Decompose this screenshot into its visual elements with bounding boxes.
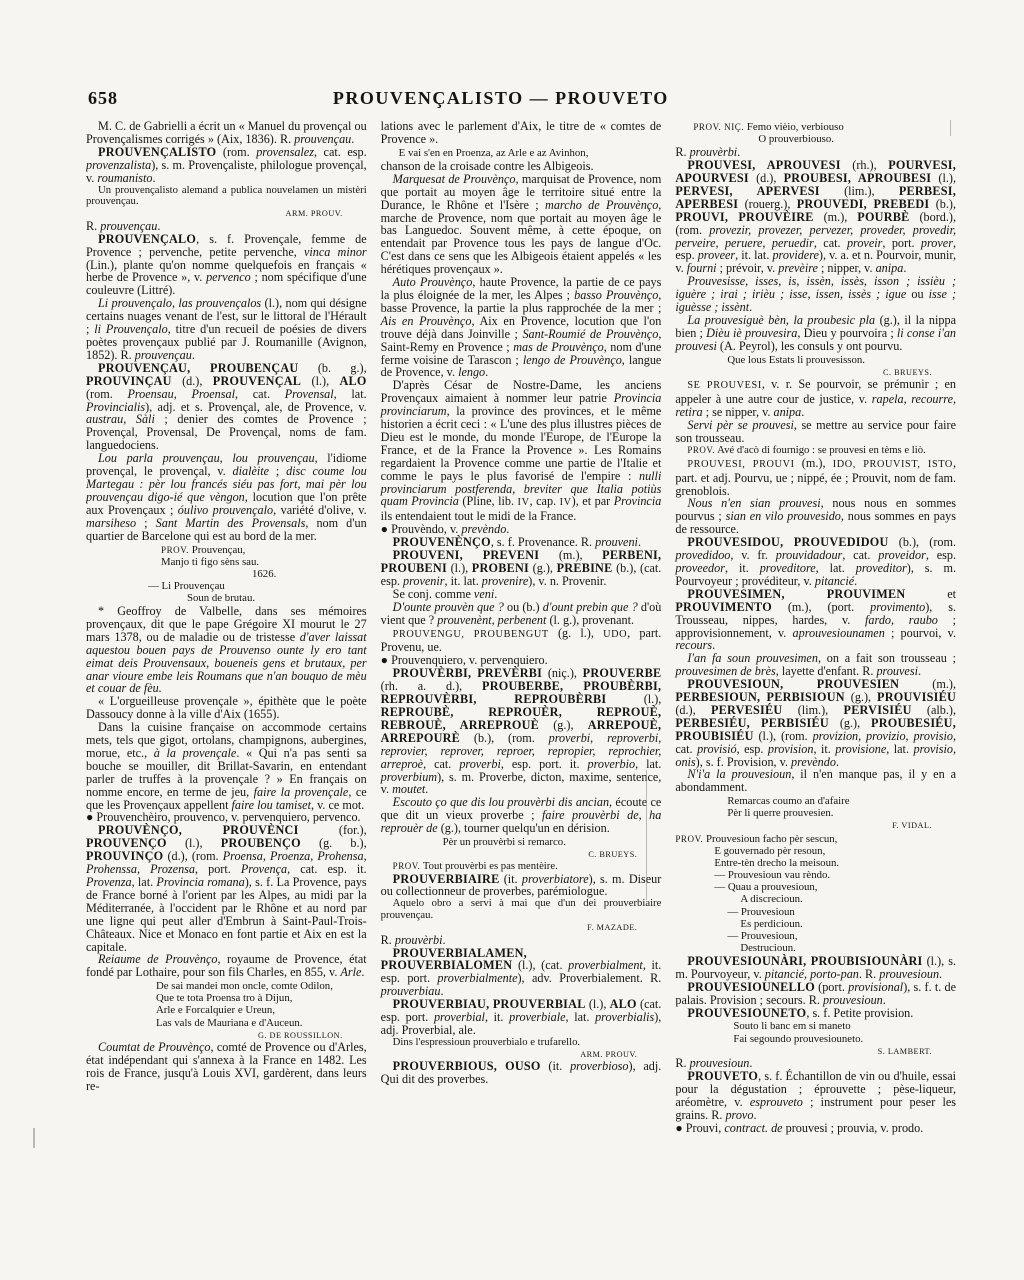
headword: PROUVENÇAL xyxy=(213,374,301,388)
text-run: ), adj. et s. Provençal, ale, de Provenc… xyxy=(145,400,367,414)
text-run: Ais en Prouvènço xyxy=(381,314,472,328)
text-run: anipa xyxy=(773,405,801,419)
verse-line: Las vals de Mauriana e d'Auceun. xyxy=(156,1017,367,1029)
text-run: (l. g.), provenant. xyxy=(546,613,634,627)
text-run: (Pline, lib. xyxy=(459,494,518,508)
text-run: , it. xyxy=(485,1010,509,1024)
text-run: De sai mandei mon oncle, comte Odilon, xyxy=(156,980,333,992)
text-run: F. VIDAL. xyxy=(892,821,932,830)
text-run: fardo, raubo xyxy=(865,613,938,627)
text-run: , cap. xyxy=(530,494,560,508)
text-run: proverbi xyxy=(459,757,501,771)
text-run: ARM. PROUV. xyxy=(286,209,343,218)
text-run: I'an fa soun prouvesimen xyxy=(687,651,818,665)
text-run: ; xyxy=(269,464,286,478)
text-run: d'ount prebin que ? xyxy=(543,600,638,614)
text-run: chanson de la croisade contre les Albige… xyxy=(381,159,594,173)
text-run: roumanisto xyxy=(97,171,152,185)
paragraph: Escouto ço que dis lou prouvèrbi dis anc… xyxy=(381,796,662,835)
text-run: (b.), (rom. xyxy=(889,535,956,549)
text-run: A discrecioun. xyxy=(740,893,802,905)
text-run: — Prouvesioun vau rèndo. xyxy=(714,869,830,881)
headword: PERVESI, APERVESI xyxy=(675,184,819,198)
text-run: prover xyxy=(921,236,953,250)
paragraph: PROUVÈRBI, PREVÈRBI (niç.), PROUVERBE (r… xyxy=(381,667,662,796)
headword: PROUVERBIALAMEN, PROUVERBIALOMEN xyxy=(381,946,527,973)
text-run: , lat. xyxy=(132,875,157,889)
text-run: (g.), xyxy=(829,716,871,730)
text-run: ), v. n. Provenir. xyxy=(528,574,606,588)
text-run: , it. xyxy=(725,561,760,575)
text-run: (b.), xyxy=(929,197,956,211)
text-run: ), s. f. Provision, v. xyxy=(696,755,791,769)
text-run: . xyxy=(939,967,942,981)
verse-line: — Li Prouvençau xyxy=(148,580,367,592)
verse-line: — Quau a prouvesioun, xyxy=(675,881,956,893)
headword: PROUVESIMEN, PROUVIMEN xyxy=(687,587,905,601)
verse-line: O prouverbiouso. xyxy=(693,133,956,145)
text-run: R. xyxy=(675,1056,689,1070)
text-run: (it. xyxy=(499,872,521,886)
text-run: prouvidadour xyxy=(776,548,843,562)
text-run: Prouvesioun facho pèr sescun, xyxy=(703,833,837,845)
text-run: S. LAMBERT. xyxy=(878,1047,932,1056)
paragraph: PROUVESIOUNELLO (port. provisional), s. … xyxy=(675,981,956,1007)
text-run: Li prouvençalo, las prouvençalos xyxy=(98,296,261,310)
paragraph: PROUVESIDOU, PROUVEDIDOU (b.), (rom. pro… xyxy=(675,536,956,588)
paragraph: Reiaume de Prouvènço, royaume de Provenc… xyxy=(86,953,367,979)
paragraph: « L'orgueilleuse provençale », épithète … xyxy=(86,695,367,721)
headword: PERBESIÉU, PERBISIÉU xyxy=(675,716,829,730)
text-run: Entre-tèn drecho la meisoun. xyxy=(714,857,839,869)
text-run: IV xyxy=(518,497,530,508)
text-columns: M. C. de Gabrielli a écrit un « Manuel d… xyxy=(86,120,956,1220)
text-run: fourni xyxy=(687,261,717,275)
text-run: . xyxy=(836,755,839,769)
text-run: (for.), xyxy=(299,823,367,837)
text-run: (l.), (cat. xyxy=(512,958,568,972)
text-run: R. xyxy=(86,219,100,233)
text-run: , v. fr. xyxy=(730,548,775,562)
text-run: austrau, Sàli xyxy=(86,412,155,426)
text-run: provo xyxy=(725,1108,753,1122)
text-run: mas de Prouvènço xyxy=(513,340,604,354)
paragraph: PROUVESIOUNÀRI, PROUBISIOUNÀRI (l.), s. … xyxy=(675,955,956,981)
text-run: faire lou tamiset xyxy=(232,798,311,812)
text-run: Coumtat de Prouvènço xyxy=(98,1040,210,1054)
text-run: (m.), (port. xyxy=(772,600,870,614)
verse-line: — Prouvesioun vau rèndo. xyxy=(675,869,956,881)
text-run: sian en vilo prouvesido xyxy=(726,509,841,523)
text-run: E vai s'en en Proenza, az Arle e az Avin… xyxy=(399,147,589,159)
text-run: prouvesioun xyxy=(879,967,939,981)
text-run: lengo de Prouvènço xyxy=(523,353,622,367)
headword: PROUVERBIAU, PROUVERBIAL xyxy=(393,997,586,1011)
text-run: Fai segoundo prouvesiouneto. xyxy=(733,1033,863,1045)
text-run: , variété d'olive, v. xyxy=(273,503,367,517)
text-run: Provença xyxy=(241,862,287,876)
headword: PROUVERBE xyxy=(583,666,662,680)
headword: PROUBENÇO xyxy=(221,836,301,850)
headword: PREBINE xyxy=(557,561,613,575)
text-run: D'ounte prouvèn que ? xyxy=(393,600,504,614)
text-run: E gouvernado pèr resoun, xyxy=(714,845,825,857)
text-run: provenzalista xyxy=(86,158,151,172)
text-run: . xyxy=(425,782,428,796)
paragraph: lations avec le parlement d'Aix, le titr… xyxy=(381,120,662,146)
paragraph: La prouvesiguè bèn, la proubesic pla (g.… xyxy=(675,314,956,353)
text-run: ), et par xyxy=(572,494,614,508)
paragraph: Coumtat de Prouvènço, comté de Provence … xyxy=(86,1041,367,1093)
text-run: proverbial xyxy=(434,1010,485,1024)
text-run: , port. xyxy=(882,236,921,250)
text-run: lengo xyxy=(458,365,485,379)
text-run: (lim.), xyxy=(782,703,843,717)
text-run: ou (b.) xyxy=(504,600,543,614)
text-run: ils entendaient tout le midi de la Franc… xyxy=(381,509,577,523)
text-run: Sant Martin des Provensals xyxy=(156,516,306,530)
text-run: , s. f. Petite provision. xyxy=(806,1006,913,1020)
headword: PROUVETO xyxy=(687,1069,758,1083)
text-run: La prouvesiguè bèn, la proubesic pla xyxy=(687,313,875,327)
verse-line: Soun de brutau. xyxy=(148,592,367,604)
text-run: (d.), xyxy=(675,703,711,717)
text-run: — Quau a prouvesioun, xyxy=(714,881,817,893)
paragraph: PROUVERBIALAMEN, PROUVERBIALOMEN (l.), (… xyxy=(381,947,662,999)
headword: PROUVESIOUN, PROUVESIEN xyxy=(687,677,899,691)
text-run: proverbiatore xyxy=(522,872,589,886)
text-run: (rom. xyxy=(216,145,256,159)
text-run: (l.), xyxy=(586,997,610,1011)
text-run: , esp. xyxy=(926,548,956,562)
text-run: proverbialmente xyxy=(437,971,517,985)
text-run: (l.), (rom. xyxy=(754,729,813,743)
text-run: prouveni xyxy=(595,535,638,549)
text-run: (lim.), xyxy=(820,184,899,198)
paragraph: PROUVENGU, PROUBENGUT (g. l.), UDO, part… xyxy=(381,627,662,655)
paragraph: Marquesat de Prouvènço, marquisat de Pro… xyxy=(381,173,662,276)
paragraph: Dans la cuisine française on accommode c… xyxy=(86,721,367,811)
text-run: provisió xyxy=(697,742,737,756)
verse-line: Pèr un prouvèrbi si remarco. xyxy=(443,836,662,848)
text-run: prouvenènt, perbenent xyxy=(437,613,546,627)
text-run: Nous n'en sian prouvesi xyxy=(687,496,820,510)
verse-block: PROV. Prouvesioun facho pèr sescun,E gou… xyxy=(675,833,956,954)
page-title: PROUVENÇALISTO — PROUVETO xyxy=(333,88,669,109)
text-run: (m.), xyxy=(539,548,602,562)
headword: PROUVESI, APROUVESI xyxy=(687,158,840,172)
headword: PROUBESI, APROUBESI xyxy=(784,171,932,185)
text-run: marsiheso xyxy=(86,516,136,530)
text-run: PROV. xyxy=(687,445,715,455)
text-run: , lat. xyxy=(334,387,367,401)
paragraph: I'an fa soun prouvesimen, on a fait son … xyxy=(675,652,956,678)
paragraph: PROUVENÇAU, PROUBENÇAU (b. g.), PROUVINÇ… xyxy=(86,362,367,452)
text-run: , esp. port. it. xyxy=(501,757,588,771)
headword: PROUVENÇAU, PROUBENÇAU xyxy=(98,361,298,375)
text-run: Es perdicioun. xyxy=(740,918,802,930)
text-run: PROV. xyxy=(393,861,421,871)
text-run: veni xyxy=(474,587,494,601)
verse-line: E vai s'en en Proenza, az Arle e az Avin… xyxy=(399,147,662,159)
scan-artifact xyxy=(33,1128,35,1148)
text-run: (l.), xyxy=(301,374,339,388)
text-run: ARM. PROUV. xyxy=(580,1050,637,1059)
text-run: prouvesi ; prouvia, v. prodo. xyxy=(783,1121,924,1135)
verse-line: E gouvernado pèr resoun, xyxy=(675,845,956,857)
text-run: Un prouvençalisto alemand a publica nouv… xyxy=(86,184,367,208)
text-run: (m.), xyxy=(795,456,833,470)
text-run: proveer xyxy=(698,248,735,262)
text-run: proverbioso xyxy=(570,1059,628,1073)
verse-line: Destrucioun. xyxy=(675,942,956,954)
verse-line: Fai segoundo prouvesiouneto. xyxy=(733,1033,956,1045)
paragraph: Li prouvençalo, las prouvençalos (l.), n… xyxy=(86,297,367,362)
verse-line: — Prouvesioun, xyxy=(675,930,956,942)
text-run: ; se nipper, v. xyxy=(703,405,774,419)
verse-block: Remarcas coumo an d'afairePèr li querre … xyxy=(727,795,956,819)
text-run: . xyxy=(440,984,443,998)
scan-artifact xyxy=(950,120,951,136)
text-run: ), adv. Proverbialement. R. xyxy=(518,971,662,985)
verse-line: Que lous Estats li prouvesisson. xyxy=(727,354,956,366)
text-run: recours xyxy=(675,638,712,652)
headword: PROUVENI, PREVENI xyxy=(393,548,540,562)
text-run: (it. xyxy=(541,1059,570,1073)
text-run: PROUVESI, PROUVI xyxy=(687,459,794,470)
verse-line: Que te tota Proensa tro à Dijun, xyxy=(156,992,367,1004)
text-run: Pèr un prouvèrbi si remarco. xyxy=(443,836,566,848)
text-run: Destrucioun. xyxy=(740,942,795,954)
text-run: (g.), xyxy=(539,718,588,732)
verse-block: PROV. Prouvençau,Manjo ti figo sèns sau.… xyxy=(148,544,367,604)
paragraph: D'après César de Nostre-Dame, les ancien… xyxy=(381,379,662,523)
paragraph: M. C. de Gabrielli a écrit un « Manuel d… xyxy=(86,120,367,146)
attribution: F. VIDAL. xyxy=(675,820,956,832)
column-middle: lations avec le parlement d'Aix, le titr… xyxy=(381,120,662,1220)
headword: ALO xyxy=(610,997,637,1011)
paragraph: PROUVESIOUN, PROUVESIEN (m.), PERBESIOUN… xyxy=(675,678,956,768)
headword: PROUVINÇO xyxy=(86,849,163,863)
text-run: prouvèrbi xyxy=(395,933,443,947)
verse-line: Entre-tèn drecho la meisoun. xyxy=(675,857,956,869)
text-run: C. BRUEYS. xyxy=(588,850,637,859)
text-run: . xyxy=(361,965,364,979)
text-run: faire la provençale xyxy=(254,785,349,799)
text-run: . xyxy=(485,365,488,379)
text-run: prouvesi xyxy=(876,664,918,678)
text-run: , v. ce mot. xyxy=(311,798,364,812)
text-run: , cat. xyxy=(235,387,285,401)
verse-line: Remarcas coumo an d'afaire xyxy=(727,795,956,807)
text-run: . xyxy=(883,993,886,1007)
text-run: (g.), tourner quelqu'un en dérision. xyxy=(438,821,610,835)
text-run: 1626. xyxy=(252,568,276,580)
headword: PERBESIOUN, PERBISIOUN xyxy=(675,690,844,704)
page-header: 658 PROUVENÇALISTO — PROUVETO xyxy=(86,88,956,118)
text-run: , lat. xyxy=(816,561,856,575)
text-run: (g. l.), xyxy=(549,626,603,640)
text-run: N'i'a la prouvesioun xyxy=(687,767,791,781)
text-run: prouvençau xyxy=(100,219,157,233)
text-run: , cat. xyxy=(842,548,878,562)
paragraph: PROUVESIMEN, PROUVIMEN et PROUVIMENTO (m… xyxy=(675,588,956,653)
text-run: IV xyxy=(560,497,572,508)
text-run: prouvèrbi xyxy=(690,145,738,159)
text-run: . xyxy=(506,522,509,536)
text-run: , it. lat. xyxy=(445,574,482,588)
text-run: provisione xyxy=(835,742,886,756)
headword: PROUVESIDOU, PROUVEDIDOU xyxy=(687,535,888,549)
text-run: . xyxy=(801,405,804,419)
text-run: provenir xyxy=(403,574,445,588)
text-run: Que lous Estats li prouvesisson. xyxy=(727,354,865,366)
text-run: (m.), xyxy=(814,210,858,224)
headword: PROUVESIOUNETO xyxy=(687,1006,806,1020)
text-run: (l.), xyxy=(931,171,956,185)
text-run: (rom. xyxy=(86,387,127,401)
text-run: Sant-Roumié de Prouvènço xyxy=(522,327,658,341)
example-quote: Un prouvençalisto alemand a publica nouv… xyxy=(86,185,367,209)
headword: PROUVENÇALISTO xyxy=(98,145,216,159)
headword: PROUVERBIAIRE xyxy=(393,872,500,886)
text-run: prevèndo xyxy=(791,755,836,769)
text-run: (rh. a. d.), xyxy=(381,679,482,693)
paragraph: PROUVERBIAIRE (it. proverbiatore), s. m.… xyxy=(381,873,662,899)
text-run: Provincia romana xyxy=(156,875,244,889)
text-run: PROUVENGU, PROUBENGUT xyxy=(393,629,549,640)
text-run: marcho de Prouvènço xyxy=(545,198,658,212)
text-run: Dins l'espressioun prouverbialo e trufar… xyxy=(393,1036,580,1048)
text-run: (l.), xyxy=(606,692,661,706)
text-run: , cat. xyxy=(423,757,459,771)
verse-line: Pèr li querre prouvesien. xyxy=(727,807,956,819)
text-run: (rouerg.), xyxy=(738,197,796,211)
column-right: PROV. NIÇ. Femo vièio, verbiousoO prouve… xyxy=(675,120,956,1220)
verse-line: De sai mandei mon oncle, comte Odilon, xyxy=(156,980,367,992)
example-quote: Aquelo obro a servi à mai que d'un dei p… xyxy=(381,898,662,922)
paragraph: PROUVESI, PROUVI (m.), IDO, PROUVIST, IS… xyxy=(675,457,956,498)
text-run: R. xyxy=(675,145,689,159)
text-run: (niç.), xyxy=(542,666,582,680)
text-run: basso Prouvènço xyxy=(574,288,658,302)
text-run: provision xyxy=(768,742,814,756)
text-run: (alb.), xyxy=(912,703,956,717)
text-run: ● Prouvi, xyxy=(675,1121,724,1135)
text-run: — Li Prouvençau xyxy=(148,580,225,592)
paragraph: ● Prouvi, contract. de prouvesi ; prouvi… xyxy=(675,1122,956,1135)
text-run: ● Prouvèndo, v. xyxy=(381,522,462,536)
text-run: , it. lat. xyxy=(735,248,772,262)
headword: PROBENI xyxy=(472,561,529,575)
text-run: F. MAZADE. xyxy=(587,923,637,932)
text-run: Provincia xyxy=(614,494,662,508)
text-run: lations avec le parlement d'Aix, le titr… xyxy=(381,120,662,146)
text-run: . xyxy=(737,145,740,159)
text-run: , on a fait son trousseau ; xyxy=(818,651,956,665)
text-run: prevèndo xyxy=(461,522,506,536)
paragraph: * Geoffroy de Valbelle, dans ses mémoire… xyxy=(86,605,367,695)
text-run: Tout prouvèrbi es pas mentèire. xyxy=(420,860,557,872)
text-run: , esp. xyxy=(737,742,768,756)
text-run: esprouveto xyxy=(750,1095,803,1109)
verse-line: A discrecioun. xyxy=(675,893,956,905)
paragraph: PROUVERBIAU, PROUVERBIAL (l.), ALO (cat.… xyxy=(381,998,662,1037)
text-run: UDO xyxy=(603,629,627,640)
paragraph: PROUVETO, s. f. Échantillon de vin ou d'… xyxy=(675,1070,956,1122)
text-run: Servi pèr se prouvesi xyxy=(687,418,794,432)
text-run: Reiaume de Prouvènço xyxy=(98,952,217,966)
paragraph: Nous n'en sian prouvesi, nous nous en so… xyxy=(675,497,956,536)
text-run: Pèr li querre prouvesien. xyxy=(727,807,833,819)
text-run: ● Prouvenchèiro, prouvenco, v. pervenqui… xyxy=(86,810,361,824)
text-run: , Dieu y pourvoira ; xyxy=(797,326,897,340)
text-run: Lou parla prouvençau, lou prouvençau xyxy=(98,451,315,465)
text-run: (g.), xyxy=(529,561,557,575)
headword: PROUVIMENTO xyxy=(675,600,772,614)
text-run: aprouvesiounamen xyxy=(793,626,885,640)
text-run: . xyxy=(712,638,715,652)
text-run: . xyxy=(918,664,921,678)
headword: PROUVÈRBI, PREVÈRBI xyxy=(393,666,542,680)
verse-block: Que lous Estats li prouvesisson. xyxy=(727,354,956,366)
text-run: (A. Peyrol), les consuls y ont pourvu. xyxy=(717,339,903,353)
text-run: prouverbiau xyxy=(381,984,441,998)
text-run: Prouvençau, xyxy=(189,544,245,556)
text-run: PROV. xyxy=(675,834,703,844)
text-run: (d.), xyxy=(172,374,213,388)
verse-block: E vai s'en en Proenza, az Arle e az Avin… xyxy=(399,147,662,159)
text-run: (l.), xyxy=(447,561,472,575)
text-run: , lat. xyxy=(886,742,913,756)
text-run: pervenco xyxy=(206,270,251,284)
paragraph: Auto Prouvènço, haute Provence, la parti… xyxy=(381,276,662,379)
text-run: — Prouvesioun xyxy=(727,906,794,918)
paragraph: PROUVESIOUNETO, s. f. Petite provision. xyxy=(675,1007,956,1020)
page-number: 658 xyxy=(88,88,118,109)
text-run: óulivo prouvençalo xyxy=(178,503,273,517)
headword: PROUVERBIOUS, OUSO xyxy=(393,1059,541,1073)
headword: POURBÈ xyxy=(857,210,909,224)
text-run: , lat. xyxy=(566,1010,596,1024)
text-run: prouvesioun xyxy=(823,993,883,1007)
text-run: provisional xyxy=(848,980,903,994)
verse-line: Es perdicioun. xyxy=(675,918,956,930)
text-run: PROV. xyxy=(161,545,189,555)
text-run: (g. b.), xyxy=(301,836,367,850)
paragraph: PROUVENÇALISTO (rom. provensalez, cat. e… xyxy=(86,146,367,185)
text-run: ● Prouvenquiero, v. pervenquiero. xyxy=(381,653,548,667)
paragraph: PROUVESI, APROUVESI (rh.), POURVESI, APO… xyxy=(675,159,956,275)
text-run: . xyxy=(854,574,857,588)
paragraph: PROUVENI, PREVENI (m.), PERBENI, PROUBEN… xyxy=(381,549,662,588)
verse-line: Manjo ti figo sèns sau. xyxy=(148,556,367,568)
text-run: , lat. xyxy=(635,757,661,771)
text-run: proverbiale xyxy=(509,1010,565,1024)
verse-block: Pèr un prouvèrbi si remarco. xyxy=(443,836,662,848)
text-run: ; pourvoi, v. xyxy=(885,626,956,640)
text-run: Avé d'acò di fournigo : se prouvesi en t… xyxy=(715,444,926,456)
text-run: , it. xyxy=(813,742,835,756)
headword: PROUVISIÉU xyxy=(877,690,956,704)
text-run: proverbialis xyxy=(595,1010,654,1024)
text-run: , s. f. Provenance. R. xyxy=(491,535,595,549)
text-run: Provenza xyxy=(86,875,132,889)
text-run: (d.), xyxy=(749,171,784,185)
text-run: (g.), xyxy=(845,690,877,704)
text-run: moutet xyxy=(392,782,425,796)
headword: PROUVESIOUNÀRI, PROUBISIOUNÀRI xyxy=(687,954,922,968)
